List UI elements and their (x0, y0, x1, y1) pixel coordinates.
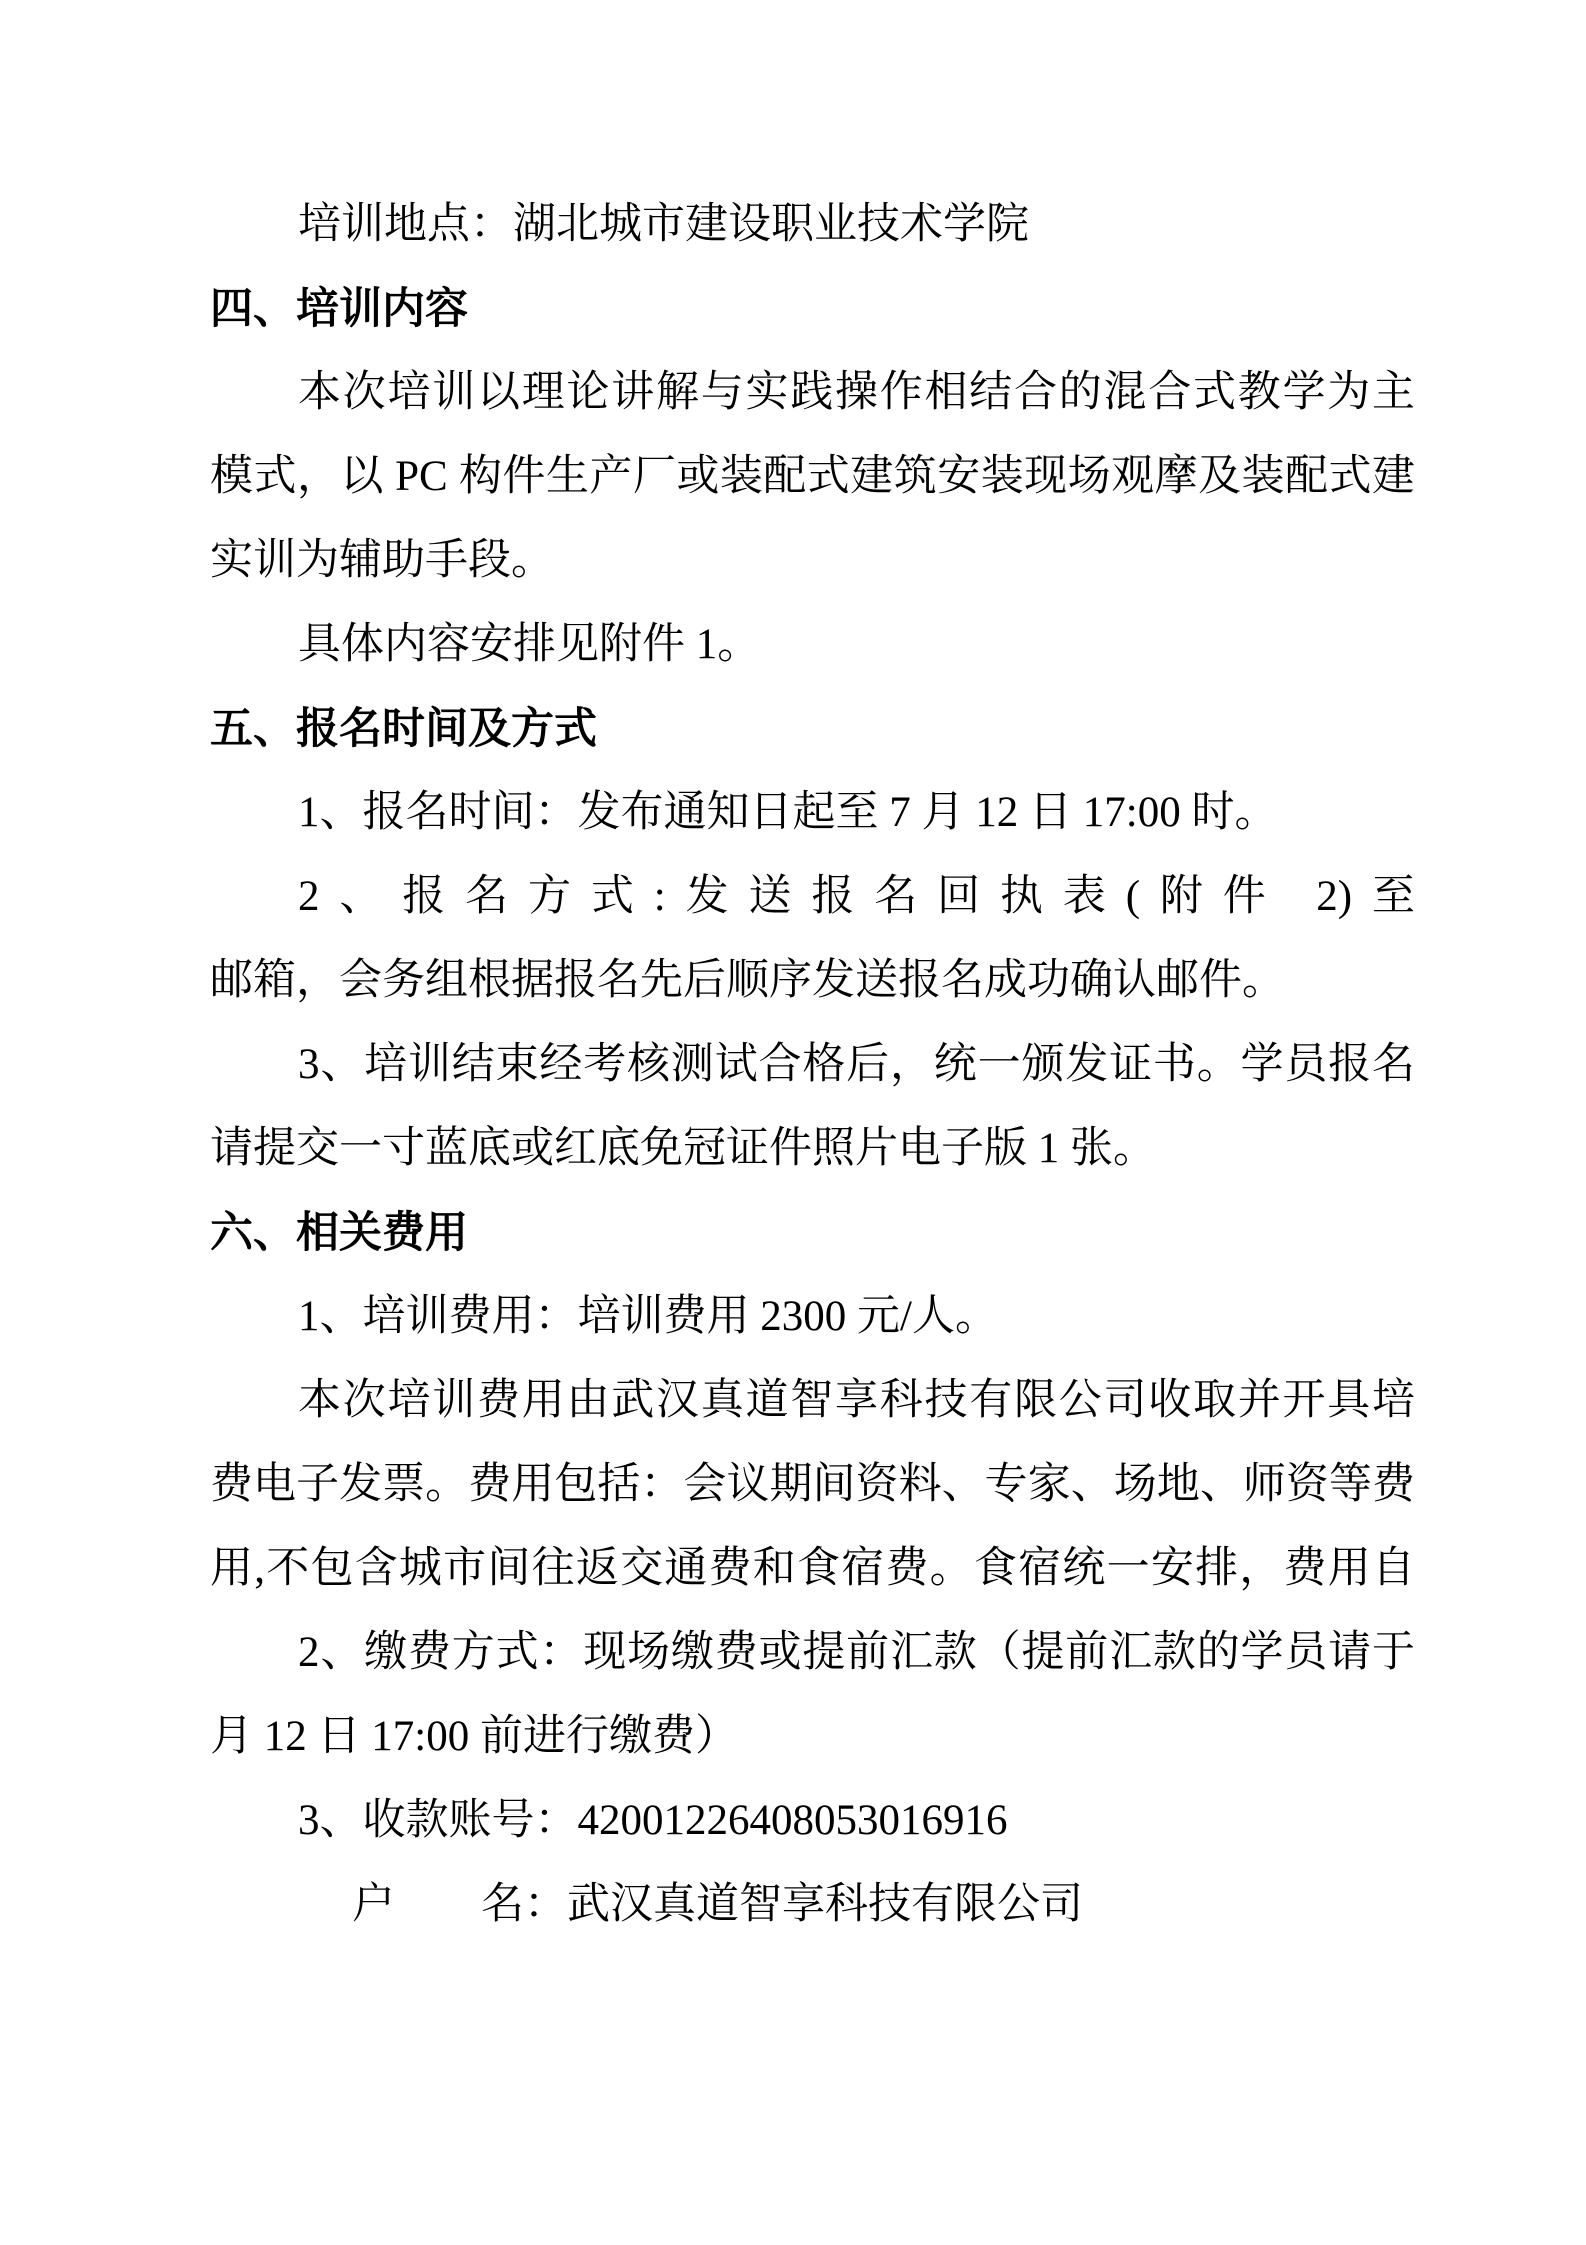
text-line: 户 名：武汉真道智享科技有限公司 (210, 1863, 1415, 1947)
text-line: 1、报名时间：发布通知日起至 7 月 12 日 17:00 时。 (210, 771, 1415, 855)
section-heading: 五、报名时间及方式 (210, 687, 1415, 771)
document-body: 培训地点：湖北城市建设职业技术学院四、培训内容本次培训以理论讲解与实践操作相结合… (210, 183, 1415, 1947)
text-line: 月 12 日 17:00 前进行缴费） (210, 1695, 1415, 1779)
text-line: 2、缴费方式：现场缴费或提前汇款（提前汇款的学员请于 7 (210, 1611, 1415, 1695)
section-heading: 六、相关费用 (210, 1191, 1415, 1275)
text-line: 实训为辅助手段。 (210, 519, 1415, 603)
text-line: 用,不包含城市间往返交通费和食宿费。食宿统一安排，费用自理。 (210, 1527, 1415, 1611)
text-line: 本次培训以理论讲解与实践操作相结合的混合式教学为主要 (210, 351, 1415, 435)
text-line: 培训地点：湖北城市建设职业技术学院 (210, 183, 1415, 267)
text-line: 本次培训费用由武汉真道智享科技有限公司收取并开具培训 (210, 1359, 1415, 1443)
text-line: 1、培训费用：培训费用 2300 元/人。 (210, 1275, 1415, 1359)
text-line: 2、报名方式:发送报名回执表(附件 2)至 2811838972@qq.com (210, 855, 1415, 939)
text-line: 费电子发票。费用包括：会议期间资料、专家、场地、师资等费 (210, 1443, 1415, 1527)
text-line: 请提交一寸蓝底或红底免冠证件照片电子版 1 张。 (210, 1107, 1415, 1191)
text-line: 邮箱，会务组根据报名先后顺序发送报名成功确认邮件。 (210, 939, 1415, 1023)
text-line: 3、培训结束经考核测试合格后，统一颁发证书。学员报名时 (210, 1023, 1415, 1107)
section-heading: 四、培训内容 (210, 267, 1415, 351)
text-line: 模式，以 PC 构件生产厂或装配式建筑安装现场观摩及装配式建筑 (210, 435, 1415, 519)
text-line: 具体内容安排见附件 1。 (210, 603, 1415, 687)
text-line: 3、收款账号：42001226408053016916 (210, 1779, 1415, 1863)
document-page: 培训地点：湖北城市建设职业技术学院四、培训内容本次培训以理论讲解与实践操作相结合… (0, 0, 1586, 2245)
